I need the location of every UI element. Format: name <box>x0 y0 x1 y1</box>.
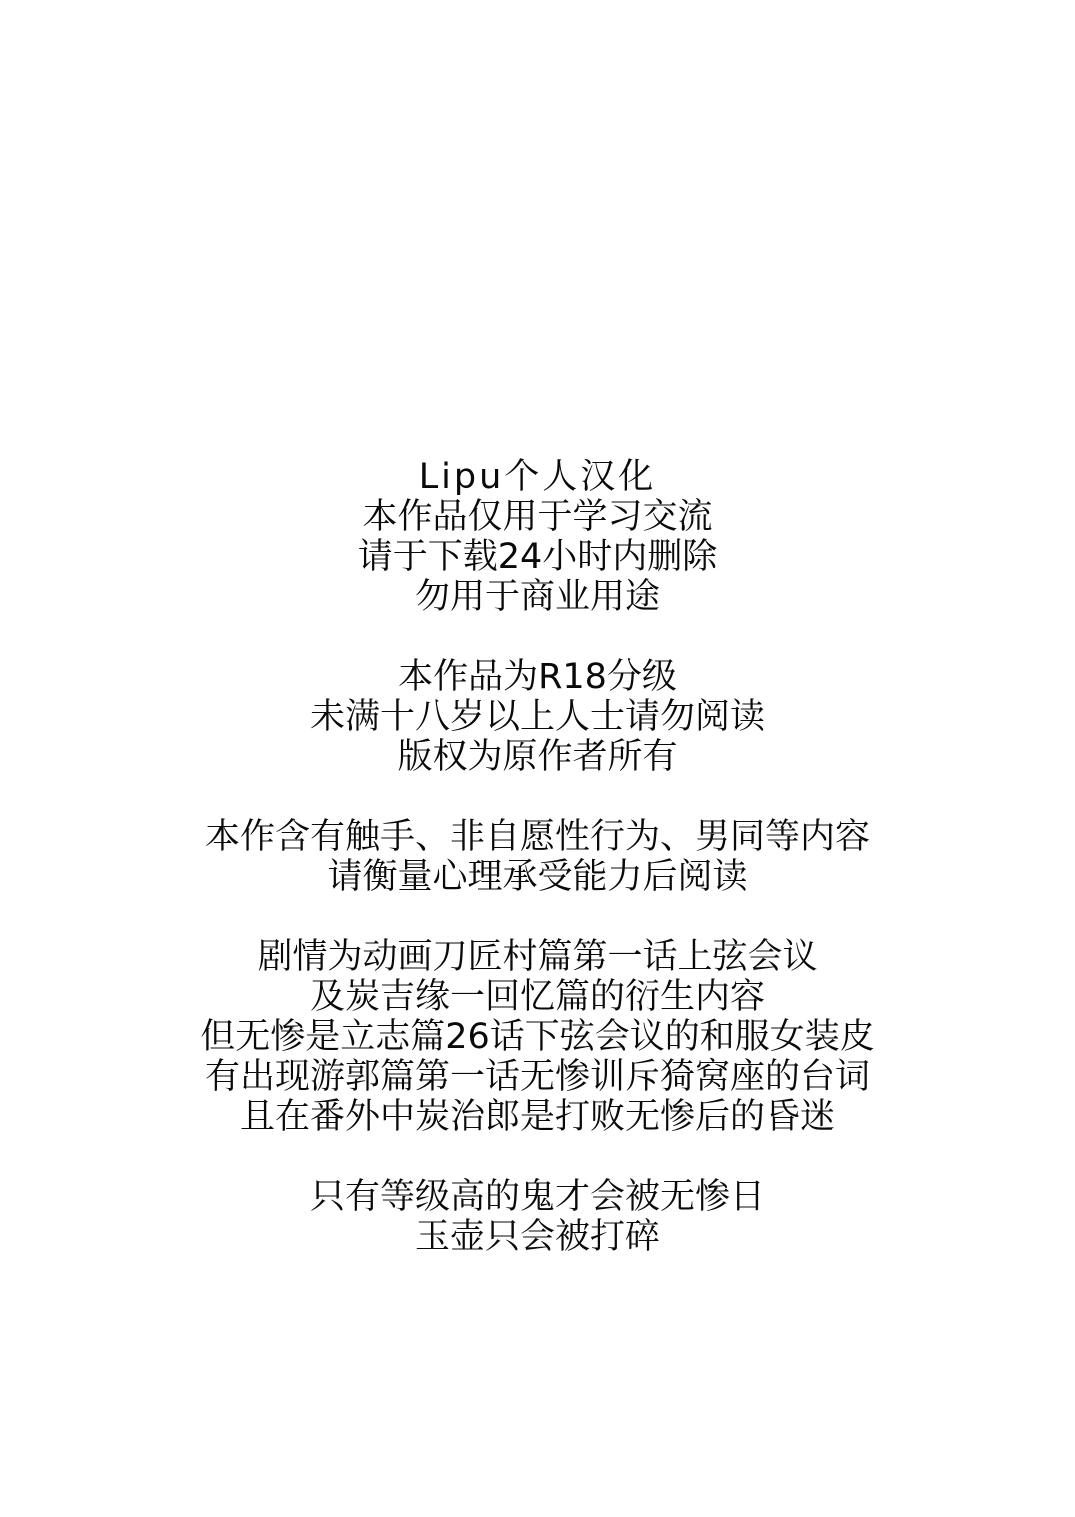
closing-note-2: 玉壶只会被打碎 <box>0 1217 1075 1257</box>
closing-note-1: 只有等级高的鬼才会被无惨日 <box>0 1177 1075 1217</box>
rating-notice: 本作品为R18分级 <box>0 657 1075 697</box>
plot-note-4: 有出现游郭篇第一话无惨训斥猗窝座的台词 <box>0 1057 1075 1097</box>
credit-title: Lipu个人汉化 <box>0 457 1075 497</box>
age-warning: 未满十八岁以上人士请勿阅读 <box>0 697 1075 737</box>
usage-notice-commercial: 勿用于商业用途 <box>0 577 1075 617</box>
usage-notice-study: 本作品仅用于学习交流 <box>0 497 1075 537</box>
copyright-notice: 版权为原作者所有 <box>0 737 1075 777</box>
content-advice: 请衡量心理承受能力后阅读 <box>0 857 1075 897</box>
notice-page: Lipu个人汉化 本作品仅用于学习交流 请于下载24小时内删除 勿用于商业用途 … <box>0 0 1075 1517</box>
plot-note-1: 剧情为动画刀匠村篇第一话上弦会议 <box>0 937 1075 977</box>
plot-note-2: 及炭吉缘一回忆篇的衍生内容 <box>0 977 1075 1017</box>
plot-note-3: 但无惨是立志篇26话下弦会议的和服女装皮 <box>0 1017 1075 1057</box>
content-warning: 本作含有触手、非自愿性行为、男同等内容 <box>0 817 1075 857</box>
usage-notice-delete: 请于下载24小时内删除 <box>0 537 1075 577</box>
plot-note-5: 且在番外中炭治郎是打败无惨后的昏迷 <box>0 1097 1075 1137</box>
